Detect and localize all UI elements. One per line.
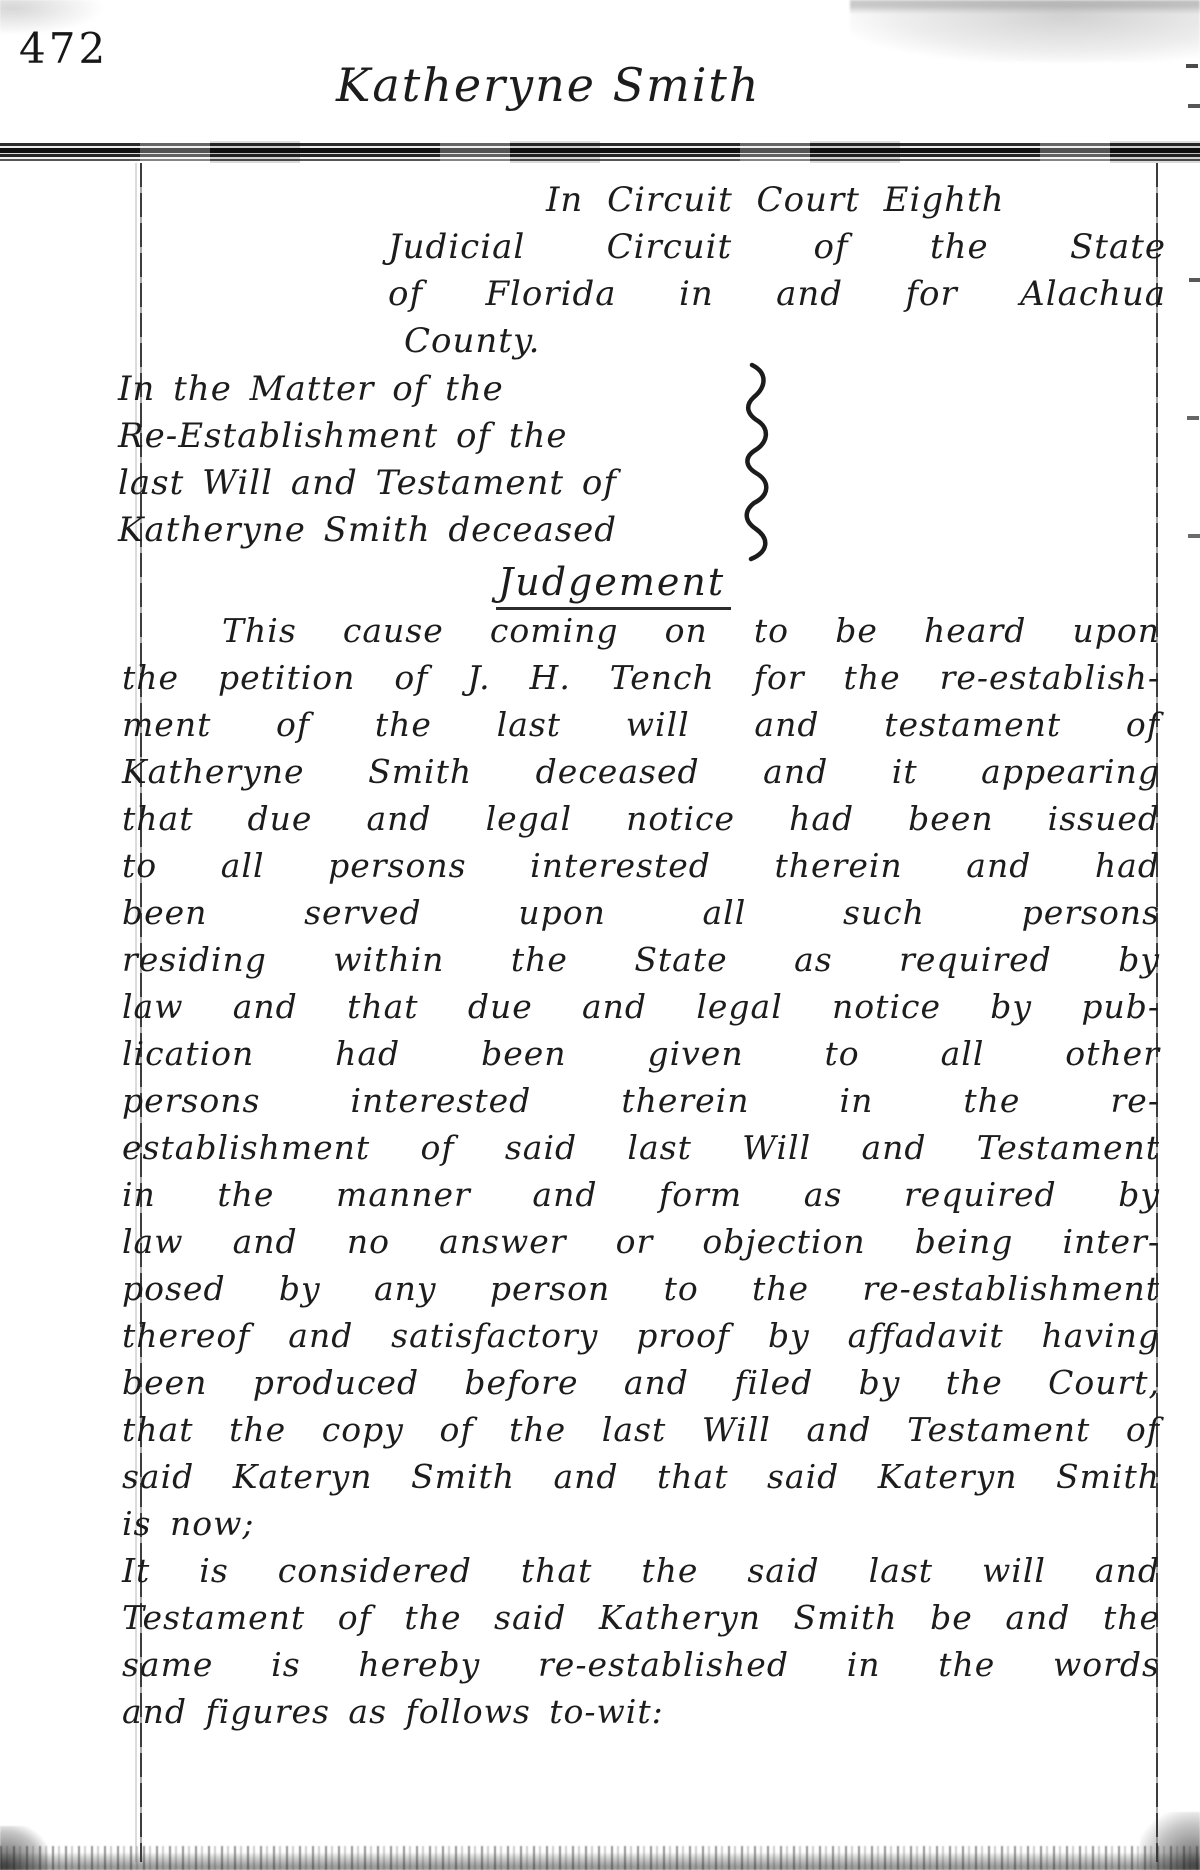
- body-line: same is hereby re-established in the wor…: [122, 1641, 1160, 1688]
- scan-edge-marks: [1186, 64, 1198, 68]
- court-heading-line: In Circuit Court Eighth: [546, 177, 1166, 224]
- scan-noise-top-right: [850, 0, 1200, 62]
- body-line: been produced before and filed by the Co…: [122, 1359, 1160, 1406]
- court-heading-line: of Florida in and for Alachua: [388, 271, 1166, 318]
- court-heading: In Circuit Court Eighth Judicial Circuit…: [388, 177, 1166, 365]
- body-line: law and that due and legal notice by pub…: [122, 983, 1160, 1030]
- case-caption-line: last Will and Testament of: [118, 460, 658, 507]
- body-line: posed by any person to the re-establishm…: [122, 1265, 1160, 1312]
- body-line: Testament of the said Katheryn Smith be …: [122, 1594, 1160, 1641]
- body-line: ment of the last will and testament of: [122, 701, 1160, 748]
- scan-noise-corner-bottom-left: [0, 1826, 48, 1870]
- judgment-title: Judgement: [496, 560, 731, 610]
- body-line: persons interested therein in the re-: [122, 1077, 1160, 1124]
- body-line: establishment of said last Will and Test…: [122, 1124, 1160, 1171]
- body-line: This cause coming on to be heard upon: [122, 607, 1160, 654]
- scan-noise-corner-bottom-right: [1140, 1812, 1200, 1870]
- body-line: in the manner and form as required by: [122, 1171, 1160, 1218]
- header-name: Katheryne Smith: [336, 58, 761, 112]
- case-caption: In the Matter of the Re-Establishment of…: [118, 366, 658, 554]
- body-line: law and no answer or objection being int…: [122, 1218, 1160, 1265]
- body-line: said Kateryn Smith and that said Kateryn…: [122, 1453, 1160, 1500]
- body-line: residing within the State as required by: [122, 936, 1160, 983]
- court-heading-line: Judicial Circuit of the State: [388, 224, 1166, 271]
- body-line: thereof and satisfactory proof by affada…: [122, 1312, 1160, 1359]
- page-number: 472: [19, 24, 108, 73]
- body-line: It is considered that the said last will…: [122, 1547, 1160, 1594]
- body-line: that due and legal notice had been issue…: [122, 795, 1160, 842]
- judgment-body: This cause coming on to be heard upon th…: [122, 607, 1160, 1735]
- court-heading-line: County.: [404, 318, 1166, 365]
- body-line: to all persons interested therein and ha…: [122, 842, 1160, 889]
- header-divider-rule: [0, 141, 1200, 163]
- case-caption-line: In the Matter of the: [118, 366, 658, 413]
- body-line: Katheryne Smith deceased and it appearin…: [122, 748, 1160, 795]
- case-caption-line: Katheryne Smith deceased: [118, 507, 658, 554]
- body-line: lication had been given to all other: [122, 1030, 1160, 1077]
- case-caption-line: Re-Establishment of the: [118, 413, 658, 460]
- body-line: been served upon all such persons: [122, 889, 1160, 936]
- body-line: the petition of J. H. Tench for the re-e…: [122, 654, 1160, 701]
- body-line: is now;: [122, 1500, 1160, 1547]
- scan-noise-bottom: [0, 1846, 1200, 1870]
- ledger-page: 472 Katheryne Smith In Circuit Court Eig…: [0, 0, 1200, 1870]
- caption-brace: [742, 362, 776, 562]
- body-line: that the copy of the last Will and Testa…: [122, 1406, 1160, 1453]
- body-line: and figures as follows to-wit:: [122, 1688, 1160, 1735]
